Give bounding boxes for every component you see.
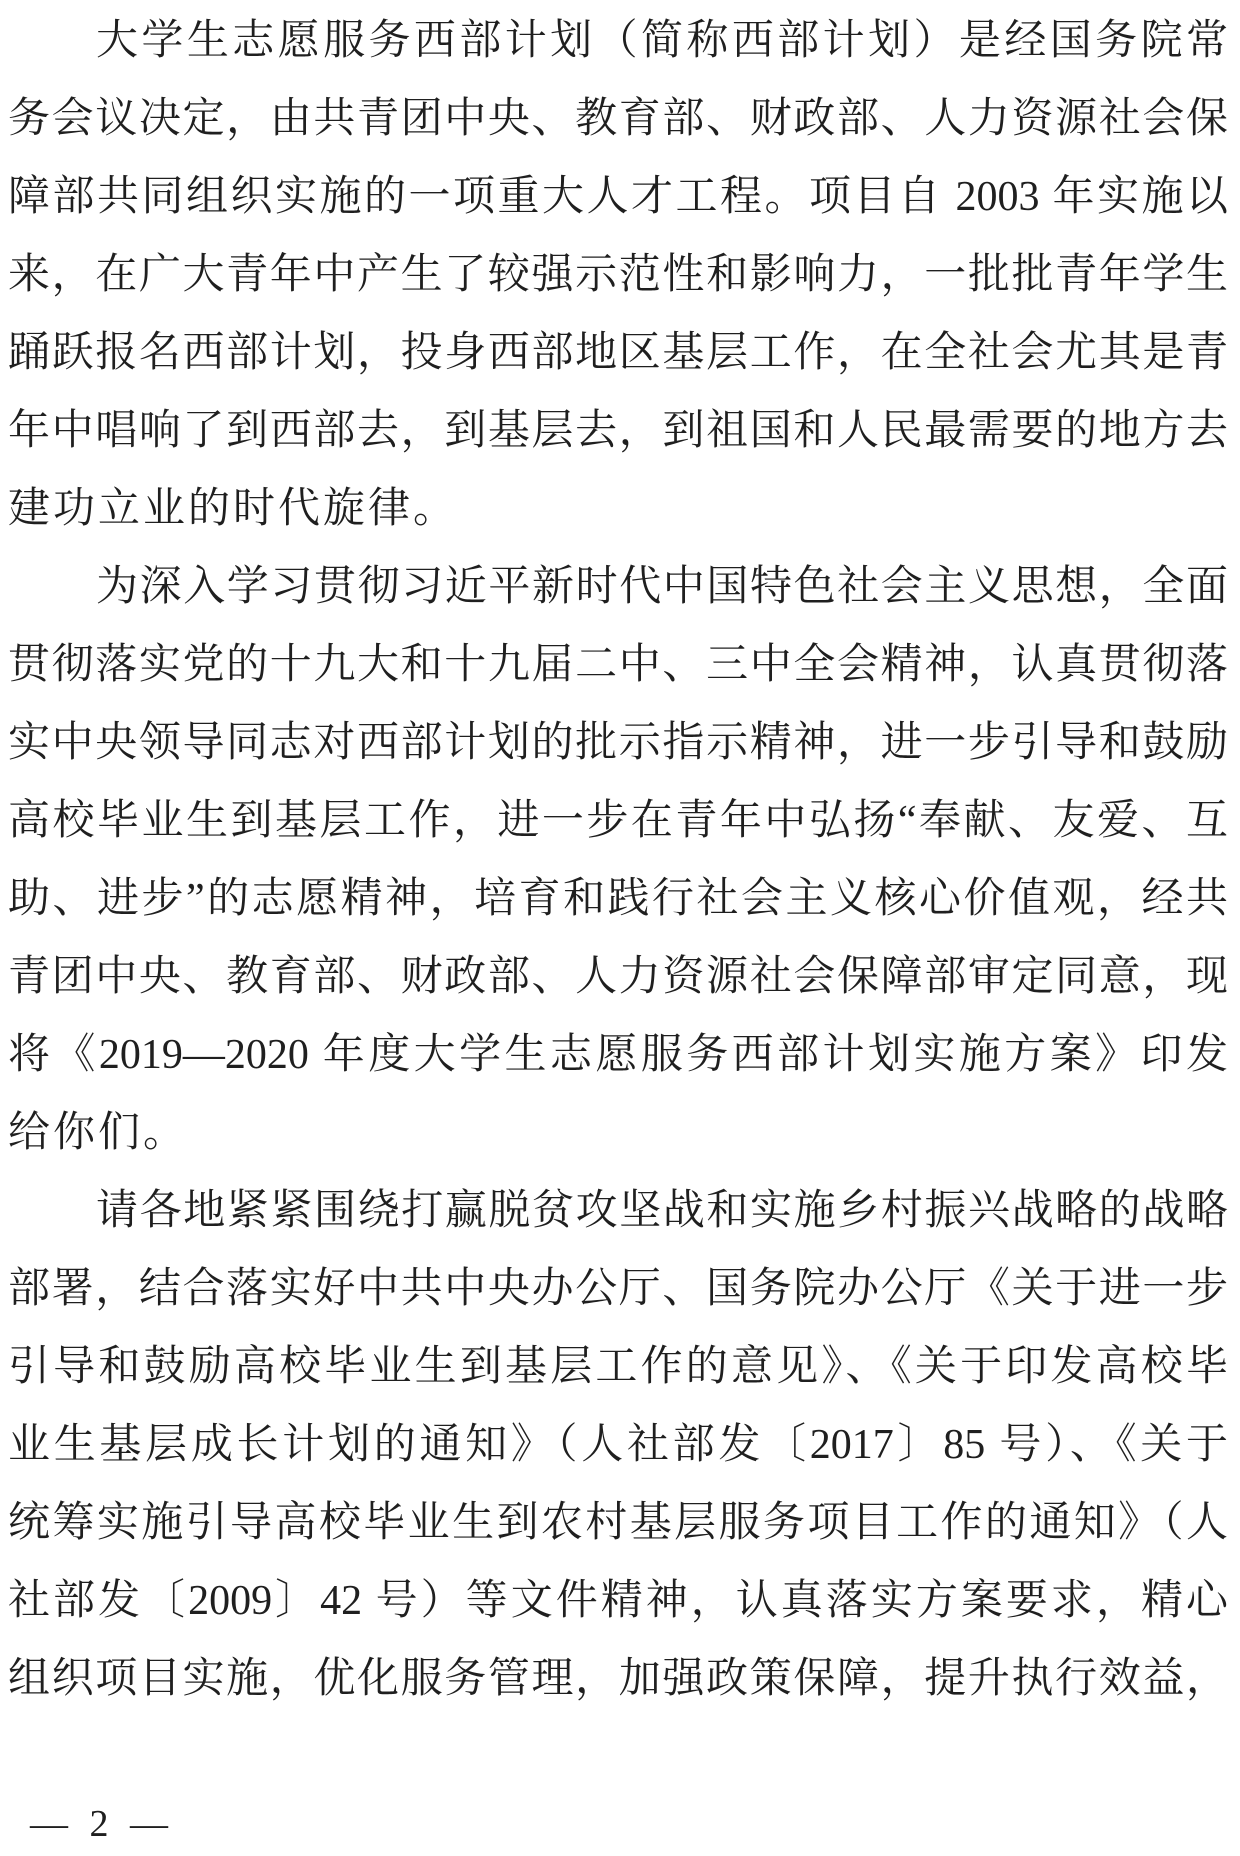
text-line: 为深入学习贯彻习近平新时代中国特色社会主义思想，全面: [8, 548, 1228, 626]
text-line: 务会议决定，由共青团中央、教育部、财政部、人力资源社会保: [8, 80, 1228, 158]
text-line: 青团中央、教育部、财政部、人力资源社会保障部审定同意，现: [8, 938, 1228, 1016]
text-line: 高校毕业生到基层工作，进一步在青年中弘扬“奉献、友爱、互: [8, 782, 1228, 860]
paragraph: 请各地紧紧围绕打赢脱贫攻坚战和实施乡村振兴战略的战略部署，结合落实好中共中央办公…: [8, 1172, 1228, 1718]
text-line: 年中唱响了到西部去，到基层去，到祖国和人民最需要的地方去: [8, 392, 1228, 470]
text-line: 部署，结合落实好中共中央办公厅、国务院办公厅《关于进一步: [8, 1250, 1228, 1328]
paragraph: 大学生志愿服务西部计划（简称西部计划）是经国务院常务会议决定，由共青团中央、教育…: [8, 2, 1228, 548]
page-number: — 2 —: [30, 1803, 174, 1845]
text-line: 贯彻落实党的十九大和十九届二中、三中全会精神，认真贯彻落: [8, 626, 1228, 704]
text-line: 实中央领导同志对西部计划的批示指示精神，进一步引导和鼓励: [8, 704, 1228, 782]
text-line: 组织项目实施，优化服务管理，加强政策保障，提升执行效益，: [8, 1640, 1228, 1718]
text-line: 统筹实施引导高校毕业生到农村基层服务项目工作的通知》（人: [8, 1484, 1228, 1562]
text-line: 社部发〔2009〕42 号）等文件精神，认真落实方案要求，精心: [8, 1562, 1228, 1640]
text-line: 来，在广大青年中产生了较强示范性和影响力，一批批青年学生: [8, 236, 1228, 314]
text-line: 请各地紧紧围绕打赢脱贫攻坚战和实施乡村振兴战略的战略: [8, 1172, 1228, 1250]
page-footer: — 2 —: [30, 1796, 174, 1852]
text-line: 给你们。: [8, 1094, 1228, 1172]
text-line: 踊跃报名西部计划，投身西部地区基层工作，在全社会尤其是青: [8, 314, 1228, 392]
document-page: 大学生志愿服务西部计划（简称西部计划）是经国务院常务会议决定，由共青团中央、教育…: [0, 0, 1240, 1856]
text-line: 将《2019—2020 年度大学生志愿服务西部计划实施方案》印发: [8, 1016, 1228, 1094]
text-line: 业生基层成长计划的通知》（人社部发〔2017〕85 号）、《关于: [8, 1406, 1228, 1484]
text-line: 大学生志愿服务西部计划（简称西部计划）是经国务院常: [8, 2, 1228, 80]
text-line: 助、进步”的志愿精神，培育和践行社会主义核心价值观，经共: [8, 860, 1228, 938]
text-line: 建功立业的时代旋律。: [8, 470, 1228, 548]
document-body: 大学生志愿服务西部计划（简称西部计划）是经国务院常务会议决定，由共青团中央、教育…: [8, 2, 1228, 1718]
paragraph: 为深入学习贯彻习近平新时代中国特色社会主义思想，全面贯彻落实党的十九大和十九届二…: [8, 548, 1228, 1172]
text-line: 引导和鼓励高校毕业生到基层工作的意见》、《关于印发高校毕: [8, 1328, 1228, 1406]
text-line: 障部共同组织实施的一项重大人才工程。项目自 2003 年实施以: [8, 158, 1228, 236]
